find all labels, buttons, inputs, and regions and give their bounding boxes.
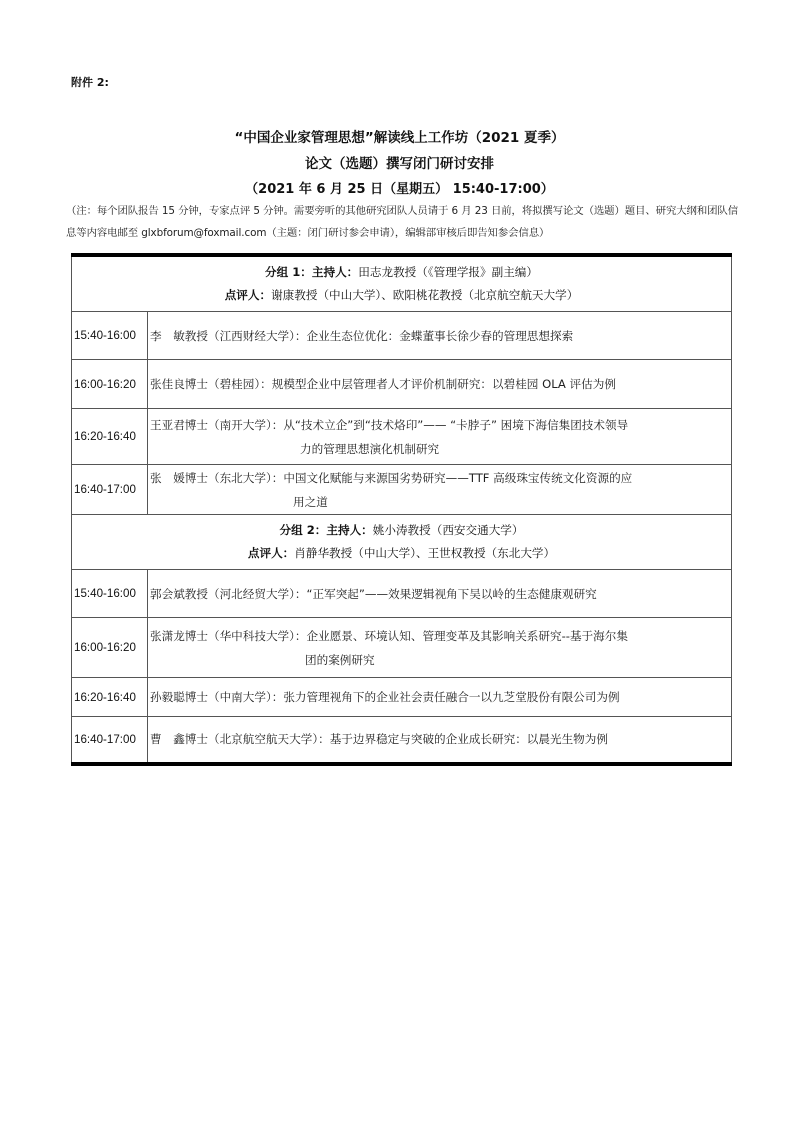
reviewer-names: 谢康教授（中山大学）、欧阳桃花教授（北京航空航天大学）: [271, 288, 578, 302]
session-talk: 张潇龙博士（华中科技大学）：企业愿景、环境认知、管理变革及其影响关系研究--基于…: [148, 618, 732, 678]
group-header: 分组 1：主持人：田志龙教授（《管理学报》副主编） 点评人：谢康教授（中山大学）…: [72, 255, 732, 312]
group-reviewer-line: 点评人：谢康教授（中山大学）、欧阳桃花教授（北京航空航天大学）: [72, 284, 731, 307]
document-title: “中国企业家管理思想”解读线上工作坊（2021 夏季）: [0, 126, 799, 146]
session-time: 16:20-16:40: [72, 678, 148, 717]
attachment-label: 附件 2:: [71, 74, 109, 90]
session-talk: 张 媛博士（东北大学）：中国文化赋能与来源国劣势研究——TTF 高级珠宝传统文化…: [148, 465, 732, 515]
group-header: 分组 2：主持人：姚小涛教授（西安交通大学） 点评人：肖静华教授（中山大学）、王…: [72, 515, 732, 570]
document-note: （注：每个团队报告 15 分钟，专家点评 5 分钟。需要旁听的其他研究团队人员请…: [66, 200, 738, 244]
session-time: 16:00-16:20: [72, 618, 148, 678]
document-subtitle: 论文（选题）撰写闭门研讨安排: [0, 152, 799, 172]
talk-line: 郭会斌教授（河北经贸大学）：“正军突起”——效果逻辑视角下吴以岭的生态健康观研究: [150, 582, 731, 606]
table-row: 16:40-17:00 张 媛博士（东北大学）：中国文化赋能与来源国劣势研究——…: [72, 465, 732, 515]
host-name: 姚小涛教授（西安交通大学）: [373, 523, 524, 537]
talk-line: 张佳良博士（碧桂园）：规模型企业中层管理者人才评价机制研究：以碧桂园 OLA 评…: [150, 372, 731, 396]
reviewer-names: 肖静华教授（中山大学）、王世权教授（东北大学）: [294, 546, 555, 560]
talk-line-continued: 力的管理思想演化机制研究: [150, 437, 731, 461]
session-talk: 曹 鑫博士（北京航空航天大学）：基于边界稳定与突破的企业成长研究：以晨光生物为例: [148, 717, 732, 764]
session-time: 16:40-17:00: [72, 717, 148, 764]
session-talk: 郭会斌教授（河北经贸大学）：“正军突起”——效果逻辑视角下吴以岭的生态健康观研究: [148, 570, 732, 618]
table-row: 16:20-16:40 王亚君博士（南开大学）：从“技术立企”到“技术烙印”——…: [72, 409, 732, 465]
session-time: 16:40-17:00: [72, 465, 148, 515]
session-time: 16:20-16:40: [72, 409, 148, 465]
session-talk: 孙毅聪博士（中南大学）：张力管理视角下的企业社会责任融合一以九芝堂股份有限公司为…: [148, 678, 732, 717]
document-date: （2021 年 6 月 25 日（星期五） 15:40-17:00）: [0, 178, 799, 197]
talk-line: 孙毅聪博士（中南大学）：张力管理视角下的企业社会责任融合一以九芝堂股份有限公司为…: [150, 685, 731, 709]
group-label: 分组 1：: [265, 265, 312, 279]
table-row: 16:00-16:20 张潇龙博士（华中科技大学）：企业愿景、环境认知、管理变革…: [72, 618, 732, 678]
table-row: 15:40-16:00 李 敏教授（江西财经大学）：企业生态位优化：金蝶董事长徐…: [72, 312, 732, 360]
reviewer-label: 点评人：: [248, 546, 294, 560]
schedule-table: 分组 1：主持人：田志龙教授（《管理学报》副主编） 点评人：谢康教授（中山大学）…: [71, 253, 732, 766]
group-label: 分组 2：: [279, 523, 326, 537]
session-time: 16:00-16:20: [72, 360, 148, 409]
group-header-row: 分组 1：主持人：田志龙教授（《管理学报》副主编） 点评人：谢康教授（中山大学）…: [72, 255, 732, 312]
host-name: 田志龙教授（《管理学报》副主编）: [358, 265, 538, 279]
talk-line-continued: 用之道: [150, 490, 731, 514]
talk-line: 李 敏教授（江西财经大学）：企业生态位优化：金蝶董事长徐少春的管理思想探索: [150, 324, 731, 348]
group-host-line: 分组 2：主持人：姚小涛教授（西安交通大学）: [72, 519, 731, 542]
session-talk: 张佳良博士（碧桂园）：规模型企业中层管理者人才评价机制研究：以碧桂园 OLA 评…: [148, 360, 732, 409]
session-talk: 王亚君博士（南开大学）：从“技术立企”到“技术烙印”—— “卡脖子” 困境下海信…: [148, 409, 732, 465]
host-label: 主持人：: [312, 265, 358, 279]
table-row: 16:00-16:20 张佳良博士（碧桂园）：规模型企业中层管理者人才评价机制研…: [72, 360, 732, 409]
group-reviewer-line: 点评人：肖静华教授（中山大学）、王世权教授（东北大学）: [72, 542, 731, 565]
group-header-row: 分组 2：主持人：姚小涛教授（西安交通大学） 点评人：肖静华教授（中山大学）、王…: [72, 515, 732, 570]
talk-line: 王亚君博士（南开大学）：从“技术立企”到“技术烙印”—— “卡脖子” 困境下海信…: [150, 413, 731, 437]
table-row: 16:20-16:40 孙毅聪博士（中南大学）：张力管理视角下的企业社会责任融合…: [72, 678, 732, 717]
group-host-line: 分组 1：主持人：田志龙教授（《管理学报》副主编）: [72, 261, 731, 284]
talk-line: 张 媛博士（东北大学）：中国文化赋能与来源国劣势研究——TTF 高级珠宝传统文化…: [150, 466, 731, 490]
talk-line: 曹 鑫博士（北京航空航天大学）：基于边界稳定与突破的企业成长研究：以晨光生物为例: [150, 727, 731, 751]
talk-line: 张潇龙博士（华中科技大学）：企业愿景、环境认知、管理变革及其影响关系研究--基于…: [150, 624, 731, 648]
table-row: 15:40-16:00 郭会斌教授（河北经贸大学）：“正军突起”——效果逻辑视角…: [72, 570, 732, 618]
talk-line-continued: 团的案例研究: [150, 648, 731, 672]
session-time: 15:40-16:00: [72, 312, 148, 360]
table-row: 16:40-17:00 曹 鑫博士（北京航空航天大学）：基于边界稳定与突破的企业…: [72, 717, 732, 764]
session-talk: 李 敏教授（江西财经大学）：企业生态位优化：金蝶董事长徐少春的管理思想探索: [148, 312, 732, 360]
reviewer-label: 点评人：: [225, 288, 271, 302]
host-label: 主持人：: [326, 523, 372, 537]
session-time: 15:40-16:00: [72, 570, 148, 618]
